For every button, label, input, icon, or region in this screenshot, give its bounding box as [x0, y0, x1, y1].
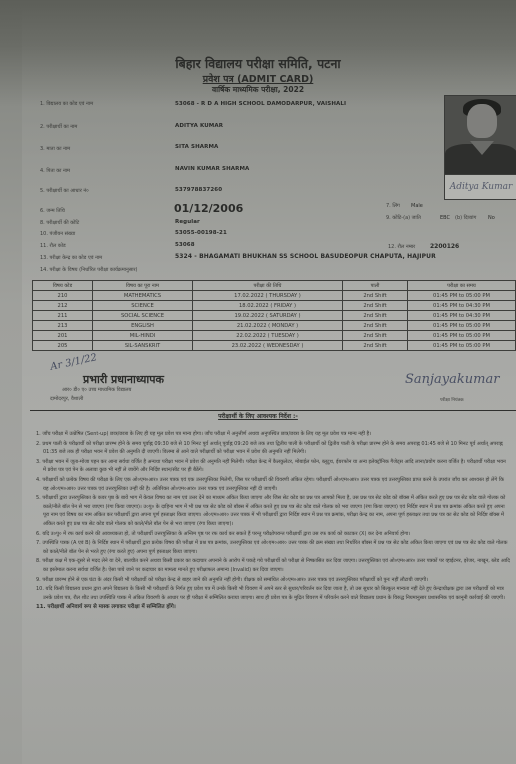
col-shift: पाली [343, 281, 408, 291]
divider [30, 410, 516, 411]
field-value-exam-centre: 5324 - BHAGAMATI BHUKHAN SS SCHOOL BASUD… [175, 253, 436, 260]
candidate-photo [444, 95, 516, 175]
sex-label: 7. लिंग [386, 203, 400, 209]
candidate-signature: Aditya Kumar [444, 174, 516, 200]
col-subject-code: विषय कोड [33, 281, 93, 291]
table-row: 210MATHEMATICS17.02.2022 ( THURSDAY )2nd… [33, 291, 516, 301]
instruction-item: 3. परीक्षा भवन में जूता-मोजा पहन कर आना … [36, 458, 510, 475]
instruction-item: 4. परीक्षार्थी को प्रत्येक विषय की परीक्… [36, 476, 510, 493]
cell-subject-name: SCIENCE [93, 301, 193, 311]
cell-subject-name: SOCIAL SCIENCE [93, 311, 193, 321]
field-label-mother-name: 3. माता का नाम [40, 146, 70, 152]
field-value-aadhaar: 537978837260 [175, 187, 222, 193]
field-label-school: 1. विद्यालय का कोड एवं नाम [40, 101, 93, 107]
cell-shift: 2nd Shift [343, 321, 408, 331]
cell-exam-date: 23.02.2022 ( WEDNESDAY ) [193, 341, 343, 351]
disability-label: (b) दिव्यांग [455, 215, 476, 221]
cell-exam-time: 01:45 PM to 05:00 PM [408, 291, 516, 301]
table-header-row: विषय कोड विषय का पूरा नाम परीक्षा की तिथ… [33, 281, 516, 291]
cell-shift: 2nd Shift [343, 341, 408, 351]
instruction-item: 8. परीक्षा कक्ष में एक-दूसरे से मदद लेने… [36, 557, 510, 574]
cell-exam-date: 22.02.2022 ( TUESDAY ) [193, 331, 343, 341]
field-label-father-name: 4. पिता का नाम [40, 168, 70, 174]
table-row: 201MIL-HINDI22.02.2022 ( TUESDAY )2nd Sh… [33, 331, 516, 341]
exam-schedule-table: विषय कोड विषय का पूरा नाम परीक्षा की तिथ… [32, 280, 516, 351]
headmaster-school-address: दामोदरपुर, वैशाली [50, 396, 83, 402]
roll-number-value: 2200126 [430, 243, 459, 250]
field-value-candidate-name: ADITYA KUMAR [175, 123, 223, 129]
field-label-aadhaar: 5. परीक्षार्थी का आधार नं० [40, 188, 89, 194]
cell-exam-date: 19.02.2022 ( SATURDAY ) [193, 311, 343, 321]
instructions-title: परीक्षार्थी के लिए आवश्यक निर्देश :- [0, 412, 516, 420]
field-value-father-name: NAVIN KUMAR SHARMA [175, 166, 249, 172]
instruction-item: 9. परीक्षा प्रारम्भ होने से एक घंटा के अ… [36, 576, 510, 585]
cell-subject-code: 213 [33, 321, 93, 331]
instruction-item: 11. परीक्षार्थी अनिवार्य रूप से मास्क लग… [36, 603, 510, 612]
field-value-dob: 01/12/2006 [174, 202, 243, 215]
instruction-item: 6. यदि उ०पु० में रफ कार्य करने की आवश्यक… [36, 530, 510, 539]
instruction-item: 1. जाँच परीक्षा में उत्प्रेषित (Sent-up)… [36, 430, 510, 439]
cell-shift: 2nd Shift [343, 291, 408, 301]
cell-exam-date: 21.02.2022 ( MONDAY ) [193, 321, 343, 331]
cell-subject-code: 212 [33, 301, 93, 311]
instruction-item: 10. यदि किसी विद्यालय प्रधान द्वारा अपने… [36, 585, 510, 602]
controller-signature: Sanjayakumar [405, 372, 499, 387]
exam-name: वार्षिक माध्यमिक परीक्षा, 2022 [0, 85, 516, 95]
cell-subject-code: 211 [33, 311, 93, 321]
headmaster-title: प्रभारी प्रधानाध्यापक [83, 372, 164, 387]
field-value-candidate-category: Regular [175, 219, 200, 225]
cell-subject-name: MATHEMATICS [93, 291, 193, 301]
instructions-list: 1. जाँच परीक्षा में उत्प्रेषित (Sent-up)… [36, 430, 510, 613]
cell-exam-date: 17.02.2022 ( THURSDAY ) [193, 291, 343, 301]
field-label-dob: 6. जन्म तिथि [40, 208, 65, 214]
field-value-roll-code: 53068 [175, 242, 195, 248]
cell-shift: 2nd Shift [343, 301, 408, 311]
cell-exam-time: 01:45 PM to 05:00 PM [408, 331, 516, 341]
field-label-exam-centre: 13. परीक्षा केन्द्र का कोड एवं नाम [40, 255, 102, 261]
field-value-school: 53068 - R D A HIGH SCHOOL DAMODARPUR, VA… [175, 101, 346, 107]
field-value-mother-name: SITA SHARMA [175, 144, 218, 150]
caste-category-label: 9. कोटि-(a) जाति [386, 215, 421, 221]
cell-shift: 2nd Shift [343, 311, 408, 321]
cell-subject-name: SIL-SANSKRIT [93, 341, 193, 351]
col-exam-date: परीक्षा की तिथि [193, 281, 343, 291]
table-row: 212SCIENCE18.02.2022 ( FRIDAY )2nd Shift… [33, 301, 516, 311]
cell-subject-name: MIL-HINDI [93, 331, 193, 341]
board-name: बिहार विद्यालय परीक्षा समिति, पटना [0, 55, 516, 72]
headmaster-school-stamp: आर० डी० ए० उच्च माध्यमिक विद्यालय [62, 387, 131, 393]
field-label-candidate-category: 8. परीक्षार्थी की कोटि [40, 220, 79, 226]
cell-shift: 2nd Shift [343, 331, 408, 341]
cell-subject-code: 201 [33, 331, 93, 341]
caste-category-value: EBC [440, 215, 450, 221]
disability-value: No [488, 215, 495, 221]
table-row: 211SOCIAL SCIENCE19.02.2022 ( SATURDAY )… [33, 311, 516, 321]
table-row: 205SIL-SANSKRIT23.02.2022 ( WEDNESDAY )2… [33, 341, 516, 351]
field-value-registration-no: 53055-00198-21 [175, 230, 227, 236]
cell-exam-date: 18.02.2022 ( FRIDAY ) [193, 301, 343, 311]
cell-exam-time: 01:45 PM to 04:30 PM [408, 311, 516, 321]
cell-exam-time: 01:45 PM to 05:00 PM [408, 341, 516, 351]
instruction-item: 2. प्रथम पाली के परीक्षार्थी को परीक्षा … [36, 440, 510, 457]
document-title: प्रवेश पत्र (ADMIT CARD) [0, 72, 516, 85]
cell-subject-code: 205 [33, 341, 93, 351]
field-label-roll-code: 11. रौल कोड [40, 243, 66, 249]
instruction-item: 5. परीक्षार्थी द्वारा उत्तरपुस्तिका के क… [36, 494, 510, 528]
cell-exam-time: 01:45 PM to 04:30 PM [408, 301, 516, 311]
roll-number-label: 12. रौल नम्बर [388, 244, 415, 250]
col-exam-time: परीक्षा का समय [408, 281, 516, 291]
sex-value: Male [411, 203, 423, 209]
instruction-item: 7. उपस्थिति पत्रक (A एवं B) के निर्दिष्ट… [36, 539, 510, 556]
table-row: 213ENGLISH21.02.2022 ( MONDAY )2nd Shift… [33, 321, 516, 331]
field-label-candidate-name: 2. परीक्षार्थी का नाम [40, 124, 77, 130]
cell-exam-time: 01:45 PM to 05:00 PM [408, 321, 516, 331]
field-label-registration-no: 10. पंजीयन संख्या [40, 231, 75, 237]
field-label-subjects: 14. परीक्षा के विषय (निर्धारित परीक्षा क… [40, 267, 138, 273]
cell-subject-name: ENGLISH [93, 321, 193, 331]
cell-subject-code: 210 [33, 291, 93, 301]
col-subject-name: विषय का पूरा नाम [93, 281, 193, 291]
controller-title: परीक्षा नियंत्रक [440, 397, 464, 403]
